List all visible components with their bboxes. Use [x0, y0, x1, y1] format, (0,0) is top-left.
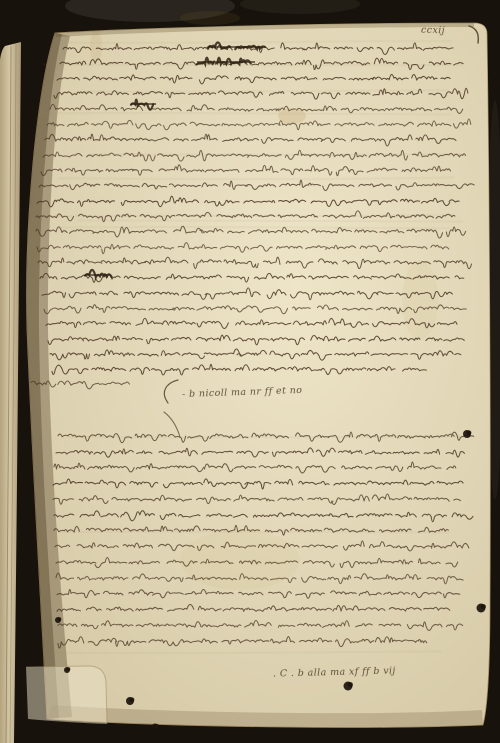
- manuscript-photo: ccxij - b nicoll ma nr ff et no . C . b …: [0, 0, 500, 743]
- folio-number: ccxij: [421, 25, 445, 37]
- repair-patch: [26, 666, 107, 724]
- manuscript-art: [0, 0, 500, 743]
